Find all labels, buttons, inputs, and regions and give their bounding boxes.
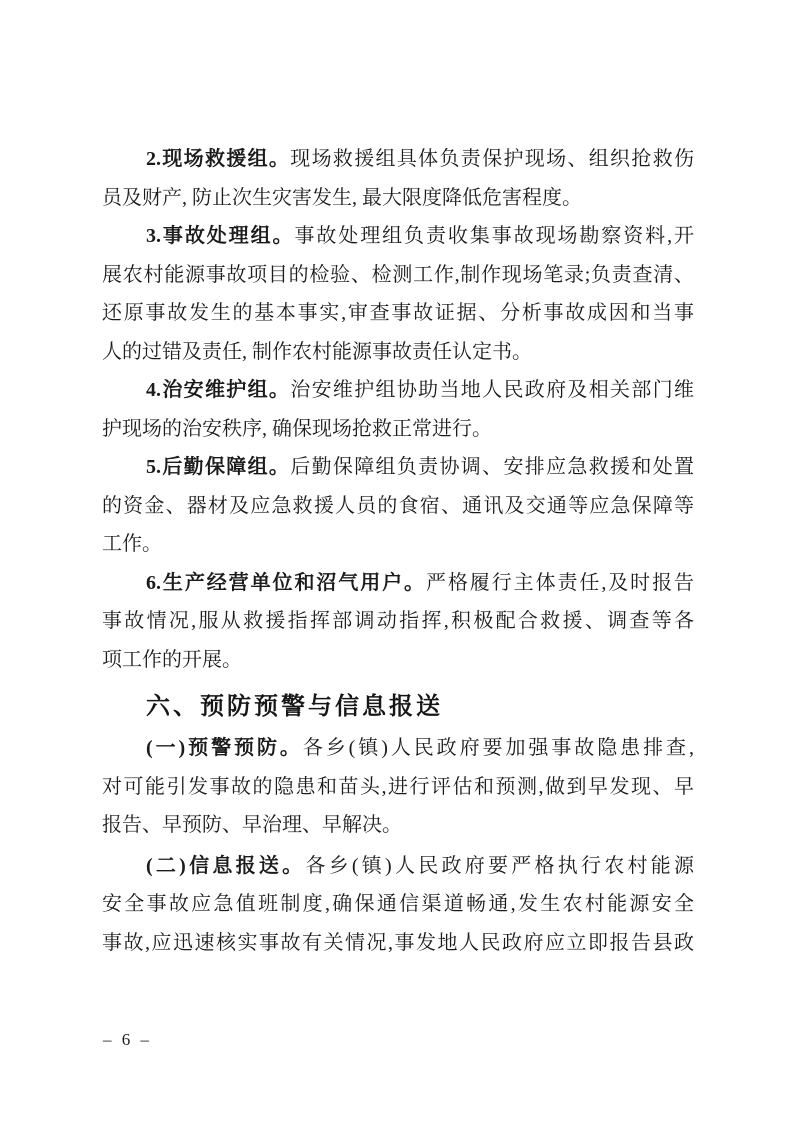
text-line: 对可能引发事故的隐患和苗头,进行评估和预测,做到早发现、早	[102, 768, 694, 807]
text-line: 展农村能源事故项目的检验、检测工作,制作现场笔录;负责查清、	[102, 256, 694, 295]
paragraph-lead: 6.生产经营单位和沼气用户。	[146, 572, 426, 594]
paragraph-lead: 2.现场救援组。	[146, 148, 290, 170]
text-line: 事故情况,服从救援指挥部调动指挥,积极配合救援、调查等各	[102, 602, 694, 641]
document-page: 2.现场救援组。现场救援组具体负责保护现场、组织抢救伤 员及财产, 防止次生灾害…	[0, 0, 793, 1122]
section-heading-prevention-warning-and-reporting: 六、预防预警与信息报送	[102, 688, 694, 728]
text-line: 工作。	[102, 525, 694, 564]
para-security-maintenance-team: 4.治安维护组。治安维护组协助当地人民政府及相关部门维 护现场的治安秩序, 确保…	[102, 371, 694, 448]
text-line: 员及财产, 防止次生灾害发生, 最大限度降低危害程度。	[102, 179, 694, 218]
para-accident-handling-team: 3.事故处理组。事故处理组负责收集事故现场勘察资料,开 展农村能源事故项目的检验…	[102, 217, 694, 371]
paragraph-lead: (一)预警预防。	[146, 737, 303, 759]
para-scene-rescue-team: 2.现场救援组。现场救援组具体负责保护现场、组织抢救伤 员及财产, 防止次生灾害…	[102, 140, 694, 217]
paragraph-text: 现场救援组具体负责保护现场、组织抢救伤	[290, 148, 694, 170]
paragraph-text: 事故处理组负责收集事故现场勘察资料,开	[294, 225, 694, 247]
paragraph-text: 各乡(镇)人民政府要严格执行农村能源	[305, 855, 694, 877]
text-line: 项工作的开展。	[102, 641, 694, 680]
paragraph-text: 后勤保障组负责协调、安排应急救援和处置	[290, 456, 694, 478]
para-information-reporting: (二)信息报送。各乡(镇)人民政府要严格执行农村能源 安全事故应急值班制度,确保…	[102, 847, 694, 963]
paragraph-lead: 4.治安维护组。	[146, 379, 290, 401]
text-line: (二)信息报送。各乡(镇)人民政府要严格执行农村能源	[102, 847, 694, 886]
text-line: (一)预警预防。各乡(镇)人民政府要加强事故隐患排查,	[102, 729, 694, 768]
text-line: 的资金、器材及应急救援人员的食宿、通讯及交通等应急保障等	[102, 487, 694, 526]
text-line: 5.后勤保障组。后勤保障组负责协调、安排应急救援和处置	[102, 448, 694, 487]
text-line: 人的过错及责任, 制作农村能源事故责任认定书。	[102, 333, 694, 372]
paragraph-lead: 5.后勤保障组。	[146, 456, 290, 478]
text-line: 还原事故发生的基本事实,审查事故证据、分析事故成因和当事	[102, 294, 694, 333]
paragraph-text: 各乡(镇)人民政府要加强事故隐患排查,	[303, 737, 694, 759]
paragraph-lead: 3.事故处理组。	[146, 225, 294, 247]
page-number: – 6 –	[103, 1030, 152, 1050]
document-body: 2.现场救援组。现场救援组具体负责保护现场、组织抢救伤 员及财产, 防止次生灾害…	[102, 140, 694, 962]
text-line: 事故,应迅速核实事故有关情况,事发地人民政府应立即报告县政	[102, 924, 694, 963]
text-line: 2.现场救援组。现场救援组具体负责保护现场、组织抢救伤	[102, 140, 694, 179]
paragraph-lead: (二)信息报送。	[146, 855, 305, 877]
paragraph-text: 治安维护组协助当地人民政府及相关部门维	[290, 379, 694, 401]
text-line: 护现场的治安秩序, 确保现场抢救正常进行。	[102, 410, 694, 449]
text-line: 安全事故应急值班制度,确保通信渠道畅通,发生农村能源安全	[102, 885, 694, 924]
text-line: 4.治安维护组。治安维护组协助当地人民政府及相关部门维	[102, 371, 694, 410]
paragraph-text: 严格履行主体责任,及时报告	[426, 572, 694, 594]
para-production-units-and-biogas-users: 6.生产经营单位和沼气用户。严格履行主体责任,及时报告 事故情况,服从救援指挥部…	[102, 564, 694, 680]
text-line: 3.事故处理组。事故处理组负责收集事故现场勘察资料,开	[102, 217, 694, 256]
para-logistics-support-team: 5.后勤保障组。后勤保障组负责协调、安排应急救援和处置 的资金、器材及应急救援人…	[102, 448, 694, 564]
text-line: 报告、早预防、早治理、早解决。	[102, 806, 694, 845]
text-line: 6.生产经营单位和沼气用户。严格履行主体责任,及时报告	[102, 564, 694, 603]
para-early-warning-prevention: (一)预警预防。各乡(镇)人民政府要加强事故隐患排查, 对可能引发事故的隐患和苗…	[102, 729, 694, 845]
